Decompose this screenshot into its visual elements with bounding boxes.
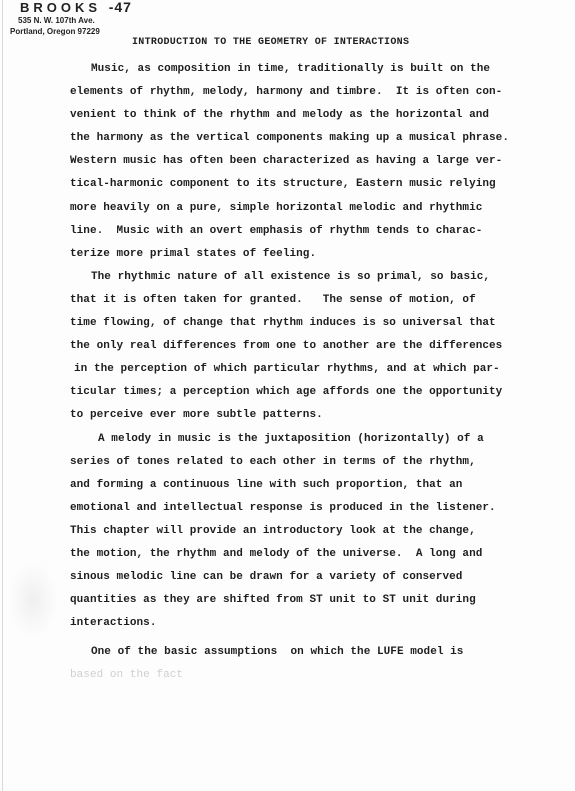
- text-line: the only real differences from one to an…: [70, 335, 530, 358]
- text-line: Western music has often been characteriz…: [70, 150, 530, 173]
- text-line: line. Music with an overt emphasis of rh…: [70, 220, 530, 243]
- text-line: sinous melodic line can be drawn for a v…: [70, 566, 530, 589]
- text-line: venient to think of the rhythm and melod…: [70, 104, 530, 127]
- text-line: interactions.: [70, 612, 530, 635]
- faded-text-line: based on the fact: [70, 664, 530, 687]
- text-line: and forming a continuous line with such …: [70, 474, 530, 497]
- text-line: terize more primal states of feeling.: [70, 243, 530, 266]
- text-line: in the perception of which particular rh…: [70, 358, 530, 381]
- scan-smudge: [8, 560, 58, 640]
- stamp-address-line1: 535 N. W. 107th Ave.: [18, 15, 132, 26]
- text-line: more heavily on a pure, simple horizonta…: [70, 197, 530, 220]
- text-line: Music, as composition in time, tradition…: [70, 58, 530, 81]
- page-edge-line: [2, 0, 3, 791]
- text-line: tical-harmonic component to its structur…: [70, 173, 530, 196]
- document-title: INTRODUCTION TO THE GEOMETRY OF INTERACT…: [132, 37, 409, 48]
- text-line: to perceive ever more subtle patterns.: [70, 404, 530, 427]
- text-line: This chapter will provide an introductor…: [70, 520, 530, 543]
- text-line: elements of rhythm, melody, harmony and …: [70, 81, 530, 104]
- text-line: the harmony as the vertical components m…: [70, 127, 530, 150]
- text-line: ticular times; a perception which age af…: [70, 381, 530, 404]
- text-line: the motion, the rhythm and melody of the…: [70, 543, 530, 566]
- text-line: that it is often taken for granted. The …: [70, 289, 530, 312]
- document-body: Music, as composition in time, tradition…: [70, 58, 530, 688]
- document-page: BROOKS -47 535 N. W. 107th Ave. Portland…: [0, 0, 575, 791]
- text-line: One of the basic assumptions on which th…: [70, 641, 530, 664]
- stamp-address-line2: Portland, Oregon 97229: [10, 26, 132, 37]
- text-line: A melody in music is the juxtaposition (…: [70, 428, 530, 451]
- text-line: quantities as they are shifted from ST u…: [70, 589, 530, 612]
- text-line: series of tones related to each other in…: [70, 451, 530, 474]
- stamp-name-row: BROOKS -47: [20, 0, 132, 15]
- stamp-author-name: BROOKS: [20, 0, 101, 15]
- text-line: time flowing, of change that rhythm indu…: [70, 312, 530, 335]
- text-line: emotional and intellectual response is p…: [70, 497, 530, 520]
- author-stamp: BROOKS -47 535 N. W. 107th Ave. Portland…: [10, 0, 132, 37]
- text-line: The rhythmic nature of all existence is …: [70, 266, 530, 289]
- stamp-page-number: -47: [109, 0, 132, 15]
